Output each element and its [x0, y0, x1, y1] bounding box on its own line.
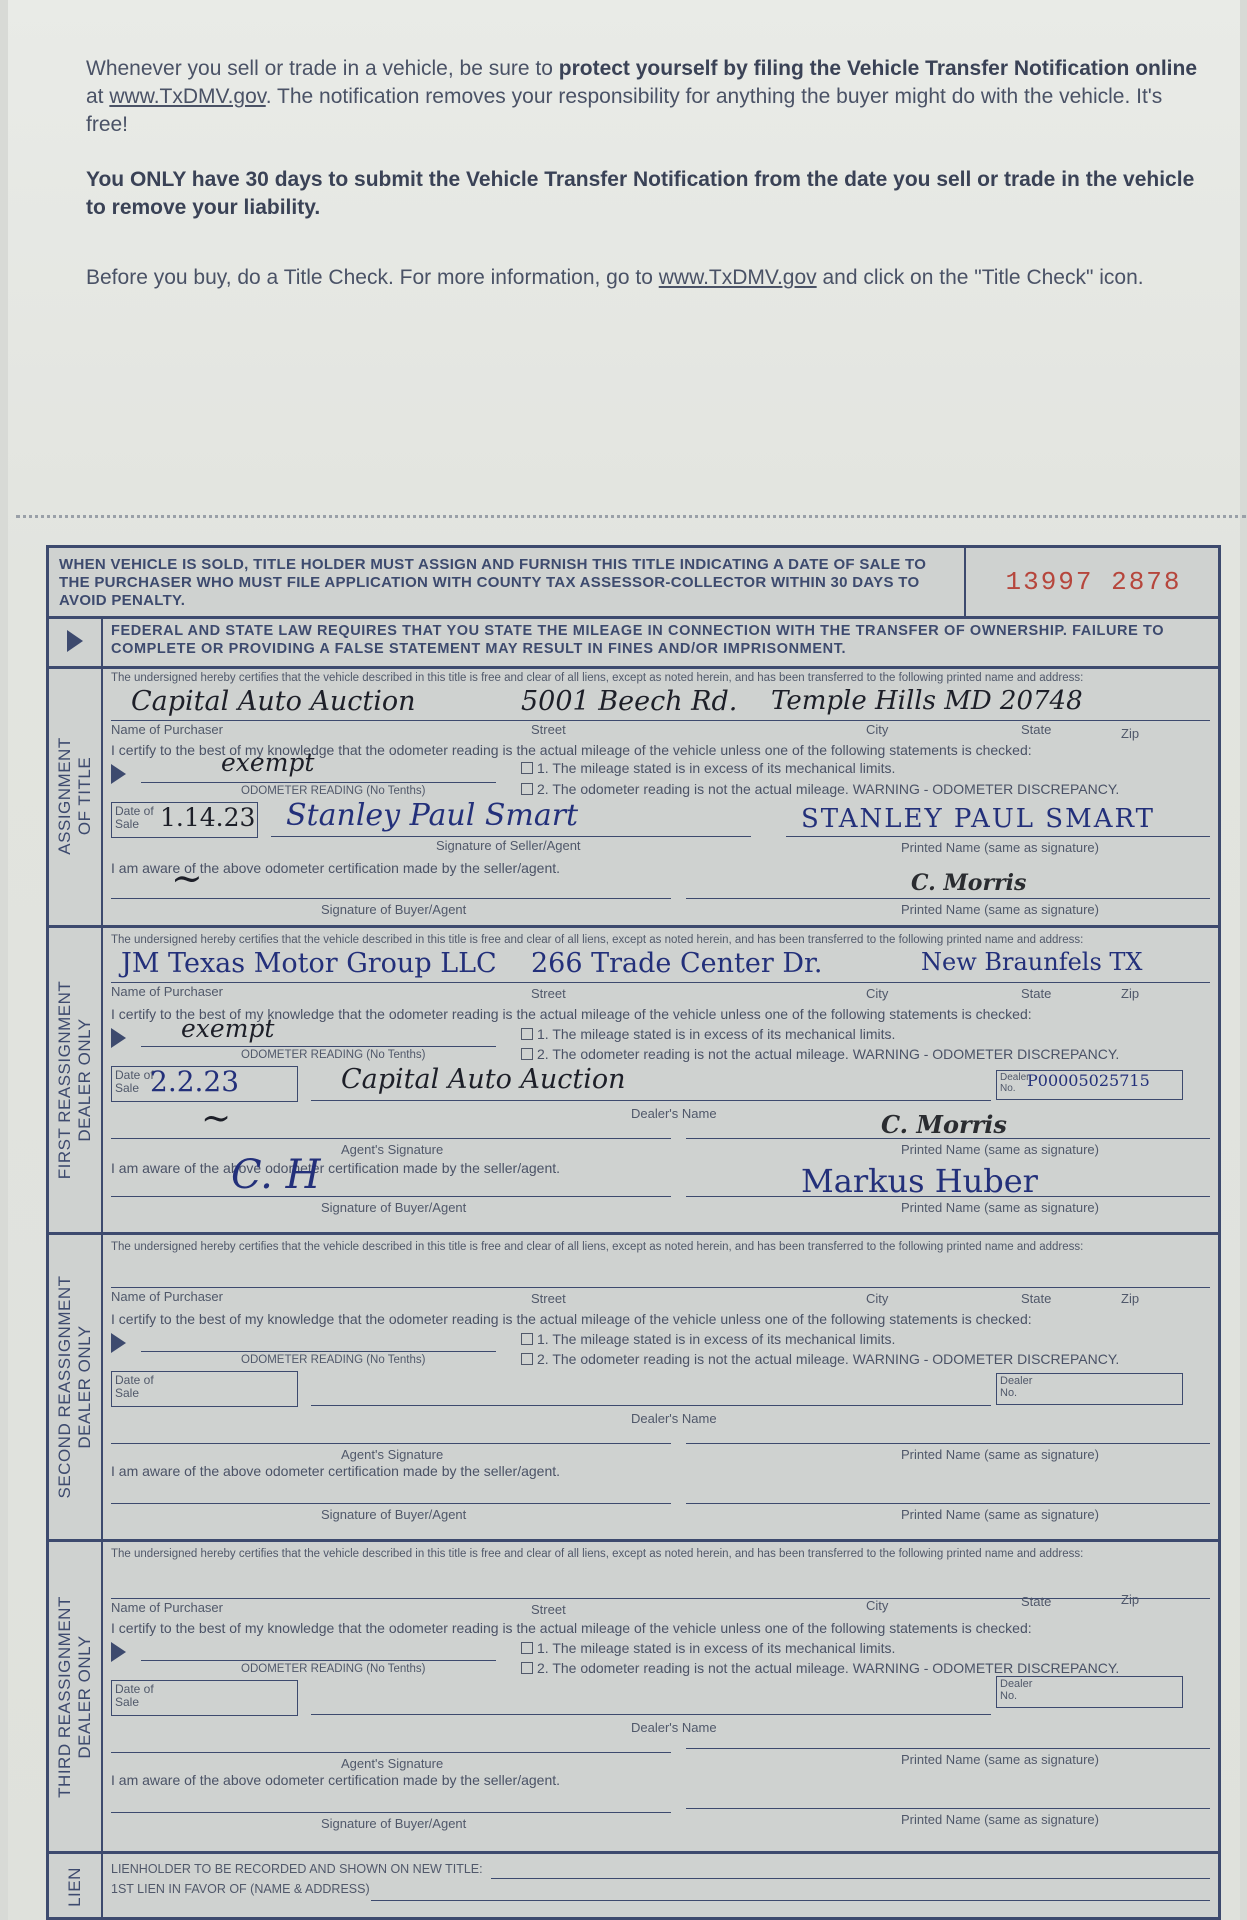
federal-notice-text: FEDERAL AND STATE LAW REQUIRES THAT YOU … [111, 622, 1211, 658]
dealer-name-field[interactable]: Capital Auto Auction [341, 1064, 626, 1095]
date-of-sale-box[interactable]: Date of Sale [111, 1371, 298, 1407]
title-assignment-form: WHEN VEHICLE IS SOLD, TITLE HOLDER MUST … [46, 545, 1221, 1920]
zip-label: Zip [1121, 726, 1139, 741]
buyer-printed-line [686, 1196, 1210, 1197]
date-of-sale-box: Date of Sale 2.2.23 [111, 1066, 298, 1102]
buyer-printed-line [686, 898, 1210, 899]
federal-notice: FEDERAL AND STATE LAW REQUIRES THAT YOU … [49, 616, 1218, 669]
lien-line[interactable] [491, 1878, 1210, 1879]
dealers-name-label: Dealer's Name [631, 1106, 717, 1121]
agent-printed-line[interactable] [686, 1748, 1210, 1749]
section-side-label: THIRD REASSIGNMENTDEALER ONLY [49, 1542, 103, 1851]
date-of-sale-box: Date of Sale 1.14.23 [111, 802, 258, 838]
buyer-awareness-text: I am aware of the above odometer certifi… [111, 1160, 560, 1176]
form-header: WHEN VEHICLE IS SOLD, TITLE HOLDER MUST … [49, 548, 1218, 619]
state-label: State [1021, 722, 1051, 737]
section-side-label: FIRST REASSIGNMENTDEALER ONLY [49, 928, 103, 1232]
buyer-printed-line[interactable] [686, 1503, 1210, 1504]
arrow-icon [111, 1333, 126, 1353]
section-lien: LIEN LIENHOLDER TO BE RECORDED AND SHOWN… [49, 1854, 1218, 1920]
date-of-sale-field[interactable]: 1.14.23 [160, 803, 255, 832]
printed-name-label: Printed Name (same as signature) [901, 1752, 1099, 1767]
checkbox[interactable] [521, 1662, 533, 1674]
printed-name-label: Printed Name (same as signature) [901, 1812, 1099, 1827]
date-of-sale-field[interactable]: 2.2.23 [150, 1065, 239, 1098]
lien-certification-text: The undersigned hereby certifies that th… [111, 672, 1083, 684]
seller-printed-line [786, 836, 1210, 837]
lien-instruction: LIENHOLDER TO BE RECORDED AND SHOWN ON N… [111, 1862, 483, 1876]
arrow-icon [49, 616, 103, 666]
statement-1[interactable]: 1. The mileage stated is in excess of it… [521, 760, 895, 776]
dealer-name-line [311, 1100, 991, 1101]
city-label: City [866, 722, 888, 737]
title-document: Whenever you sell or trade in a vehicle,… [8, 0, 1240, 1920]
street-field[interactable]: 5001 Beech Rd. [521, 686, 737, 717]
lien-certification-text: The undersigned hereby certifies that th… [111, 934, 1083, 946]
dealer-name-line[interactable] [311, 1714, 991, 1715]
printed-name-label: Printed Name (same as signature) [901, 1447, 1099, 1462]
agent-printed-name-field[interactable]: C. Morris [881, 1110, 1007, 1139]
notice-bold-text: protect yourself by filing the Vehicle T… [559, 57, 1197, 80]
dealer-no-field[interactable]: P00005025715 [1027, 1071, 1150, 1090]
arrow-icon [111, 1642, 126, 1662]
statement-2[interactable]: 2. The odometer reading is not the actua… [521, 1046, 1119, 1062]
section-first-reassignment: FIRST REASSIGNMENTDEALER ONLY The unders… [49, 928, 1218, 1235]
statement-2[interactable]: 2. The odometer reading is not the actua… [521, 781, 1119, 797]
notice-paragraph-1: Whenever you sell or trade in a vehicle,… [86, 55, 1206, 139]
notice-text: at [86, 85, 109, 108]
odometer-reading-field[interactable]: exempt [221, 748, 314, 777]
street-label: Street [531, 1602, 566, 1617]
odometer-reading-label: ODOMETER READING (No Tenths) [241, 1049, 425, 1061]
lien-certification-text: The undersigned hereby certifies that th… [111, 1241, 1083, 1253]
name-of-purchaser-label: Name of Purchaser [111, 722, 223, 737]
city-state-zip-field[interactable]: Temple Hills MD 20748 [771, 686, 1083, 716]
checkbox[interactable] [521, 783, 533, 795]
side-label-text: LIEN [65, 1867, 85, 1907]
checkbox[interactable] [521, 1333, 533, 1345]
side-label-text: SECOND REASSIGNMENTDEALER ONLY [55, 1276, 95, 1499]
agent-printed-line[interactable] [686, 1443, 1210, 1444]
checkbox[interactable] [521, 1048, 533, 1060]
notice-text: Before you buy, do a Title Check. For mo… [86, 266, 659, 289]
buyer-signature-line[interactable] [111, 1503, 671, 1504]
buyer-signature-line [111, 1196, 671, 1197]
purchaser-line [111, 720, 1210, 721]
state-label: State [1021, 986, 1051, 1001]
perforation-line [16, 515, 1246, 518]
section-side-label: SECOND REASSIGNMENTDEALER ONLY [49, 1235, 103, 1539]
date-of-sale-box[interactable]: Date of Sale [111, 1680, 298, 1716]
zip-label: Zip [1121, 1291, 1139, 1306]
buyer-printed-name-field[interactable]: Markus Huber [801, 1162, 1038, 1200]
printed-name-label: Printed Name (same as signature) [901, 1142, 1099, 1157]
section-second-reassignment: SECOND REASSIGNMENTDEALER ONLY The under… [49, 1235, 1218, 1542]
notice-paragraph-2: You ONLY have 30 days to submit the Vehi… [86, 166, 1206, 222]
agents-signature-label: Agent's Signature [341, 1142, 443, 1157]
checkbox[interactable] [521, 1353, 533, 1365]
odometer-certification-text: I certify to the best of my knowledge th… [111, 1311, 1032, 1327]
odometer-reading-field[interactable]: exempt [181, 1014, 274, 1043]
buyer-signature-label: Signature of Buyer/Agent [321, 1507, 466, 1522]
purchaser-name-field[interactable]: JM Texas Motor Group LLC [121, 948, 497, 979]
txdmv-link[interactable]: www.TxDMV.gov [659, 266, 817, 289]
agent-signature-line[interactable] [111, 1443, 671, 1444]
seller-signature-label: Signature of Seller/Agent [436, 838, 581, 853]
odometer-certification-text: I certify to the best of my knowledge th… [111, 1620, 1032, 1636]
statement-2[interactable]: 2. The odometer reading is not the actua… [521, 1351, 1119, 1367]
purchaser-line [111, 982, 1210, 983]
agent-printed-line [686, 1138, 1210, 1139]
name-of-purchaser-label: Name of Purchaser [111, 984, 223, 999]
buyer-signature-label: Signature of Buyer/Agent [321, 902, 466, 917]
notice-paragraph-3: Before you buy, do a Title Check. For mo… [86, 264, 1206, 292]
dealers-name-label: Dealer's Name [631, 1720, 717, 1735]
city-label: City [866, 1598, 888, 1613]
dealer-no-box[interactable]: Dealer No. [996, 1676, 1183, 1708]
dealer-no-box[interactable]: Dealer No. [996, 1373, 1183, 1405]
section-third-reassignment: THIRD REASSIGNMENTDEALER ONLY The unders… [49, 1542, 1218, 1854]
agent-signature-line[interactable] [111, 1752, 671, 1753]
city-state-zip-field[interactable]: New Braunfels TX [921, 948, 1143, 976]
section-assignment-of-title: ASSIGNMENTOF TITLE The undersigned hereb… [49, 666, 1218, 928]
zip-label: Zip [1121, 986, 1139, 1001]
agents-signature-label: Agent's Signature [341, 1447, 443, 1462]
statement-1[interactable]: 1. The mileage stated is in excess of it… [521, 1026, 895, 1042]
statement-2[interactable]: 2. The odometer reading is not the actua… [521, 1660, 1119, 1676]
side-label-text: ASSIGNMENTOF TITLE [55, 737, 95, 854]
printed-name-label: Printed Name (same as signature) [901, 1200, 1099, 1215]
document-number: 13997 2878 [964, 548, 1221, 616]
printed-name-label: Printed Name (same as signature) [901, 902, 1099, 917]
odometer-line[interactable] [141, 1351, 496, 1352]
seller-printed-name-field[interactable]: STANLEY PAUL SMART [801, 804, 1155, 834]
seller-signature-field[interactable]: Stanley Paul Smart [286, 798, 578, 833]
purchaser-line[interactable] [111, 1287, 1210, 1288]
odometer-reading-label: ODOMETER READING (No Tenths) [241, 1354, 425, 1366]
city-label: City [866, 1291, 888, 1306]
state-label: State [1021, 1594, 1051, 1609]
odometer-line[interactable] [141, 1660, 496, 1661]
first-lien-label: 1ST LIEN IN FAVOR OF (NAME & ADDRESS) [111, 1882, 370, 1896]
notice-text: Whenever you sell or trade in a vehicle,… [86, 57, 559, 80]
lien-certification-text: The undersigned hereby certifies that th… [111, 1548, 1083, 1560]
buyer-printed-name-field[interactable]: C. Morris [911, 870, 1026, 896]
zip-label: Zip [1121, 1592, 1139, 1607]
statement-1[interactable]: 1. The mileage stated is in excess of it… [521, 1640, 895, 1656]
agent-signature-field[interactable]: ~ [201, 1098, 231, 1139]
side-label-text: THIRD REASSIGNMENTDEALER ONLY [55, 1596, 95, 1798]
agents-signature-label: Agent's Signature [341, 1756, 443, 1771]
dealer-name-line[interactable] [311, 1405, 991, 1406]
printed-name-label: Printed Name (same as signature) [901, 1507, 1099, 1522]
street-label: Street [531, 986, 566, 1001]
name-of-purchaser-label: Name of Purchaser [111, 1600, 223, 1615]
state-label: State [1021, 1291, 1051, 1306]
buyer-signature-label: Signature of Buyer/Agent [321, 1816, 466, 1831]
notice-text: and click on the "Title Check" icon. [817, 266, 1144, 289]
buyer-awareness-text: I am aware of the above odometer certifi… [111, 1463, 560, 1479]
section-side-label: ASSIGNMENTOF TITLE [49, 666, 103, 925]
side-label-text: FIRST REASSIGNMENTDEALER ONLY [55, 981, 95, 1180]
checkbox[interactable] [521, 1642, 533, 1654]
name-of-purchaser-label: Name of Purchaser [111, 1289, 223, 1304]
agent-signature-line [111, 1138, 671, 1139]
buyer-signature-line [111, 898, 671, 899]
checkbox[interactable] [521, 762, 533, 774]
seller-signature-line [271, 836, 751, 837]
buyer-signature-label: Signature of Buyer/Agent [321, 1200, 466, 1215]
printed-name-label: Printed Name (same as signature) [901, 840, 1099, 855]
odometer-line [141, 782, 496, 783]
txdmv-link[interactable]: www.TxDMV.gov [109, 85, 265, 108]
dealer-no-box: Dealer No. P00005025715 [996, 1070, 1183, 1100]
purchaser-name-field[interactable]: Capital Auto Auction [131, 686, 416, 717]
city-label: City [866, 986, 888, 1001]
arrow-icon [111, 1028, 126, 1048]
header-instructions: WHEN VEHICLE IS SOLD, TITLE HOLDER MUST … [59, 556, 959, 610]
buyer-signature-field[interactable]: ~ [171, 856, 203, 900]
arrow-icon [111, 764, 126, 784]
street-label: Street [531, 1291, 566, 1306]
street-label: Street [531, 722, 566, 737]
lien-line[interactable] [371, 1900, 1210, 1901]
street-field[interactable]: 266 Trade Center Dr. [531, 948, 823, 979]
checkbox[interactable] [521, 1028, 533, 1040]
statement-1[interactable]: 1. The mileage stated is in excess of it… [521, 1331, 895, 1347]
buyer-signature-line[interactable] [111, 1812, 671, 1813]
buyer-printed-line[interactable] [686, 1808, 1210, 1809]
odometer-reading-label: ODOMETER READING (No Tenths) [241, 1663, 425, 1675]
dealers-name-label: Dealer's Name [631, 1411, 717, 1426]
section-side-label: LIEN [49, 1854, 103, 1920]
buyer-signature-field[interactable]: C. H [231, 1152, 321, 1198]
buyer-awareness-text: I am aware of the above odometer certifi… [111, 1772, 560, 1788]
odometer-reading-label: ODOMETER READING (No Tenths) [241, 785, 425, 797]
odometer-line [141, 1046, 496, 1047]
